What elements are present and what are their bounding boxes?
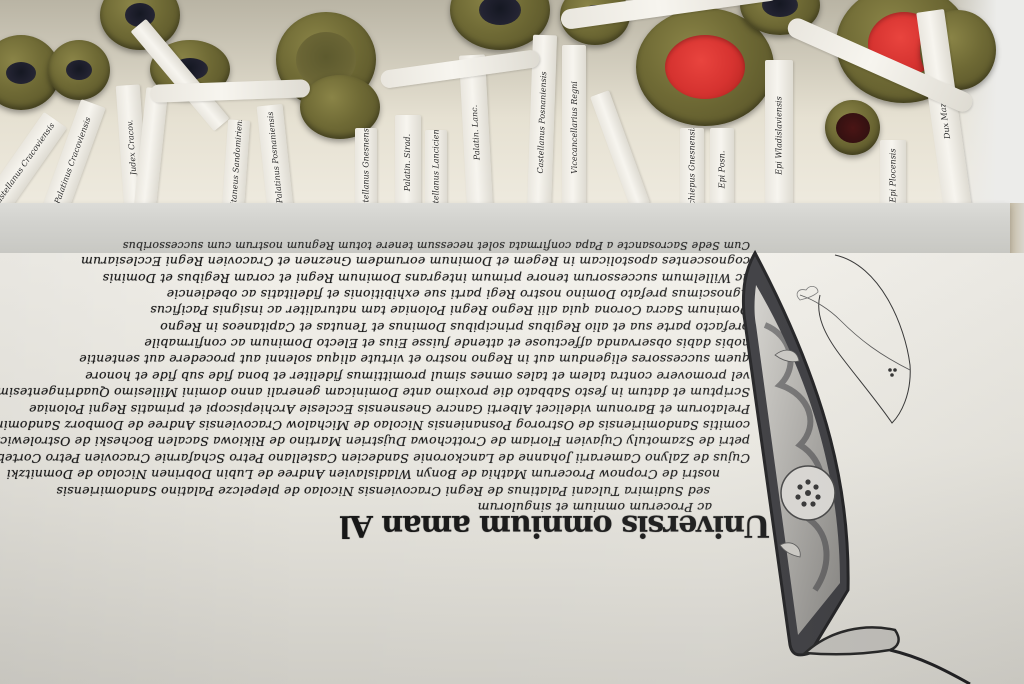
ribbon-label: Palatinus Posnaniensis <box>257 104 294 211</box>
ribbon-label: Castellanus Lanciciens. <box>425 130 447 210</box>
text-line: Prelatorum et Baronum videlicet Alberti … <box>0 400 750 416</box>
ribbon-label: Archiepus Gnesnensis <box>680 128 704 210</box>
text-line: prefacto parte sua et alio Regibus princ… <box>0 318 750 334</box>
seal-row: Castellanus Cracoviensis Palatinus Craco… <box>0 0 1024 215</box>
wax-seal-icon <box>825 100 880 155</box>
ribbon-label: Capitaneus Sandomiriensis <box>222 119 250 210</box>
ribbon-label: Epi Posn. <box>710 128 734 210</box>
archive-photograph: Castellanus Cracoviensis Palatinus Craco… <box>0 0 1024 684</box>
wax-seal-icon <box>48 40 110 100</box>
ribbon-label: Palatin. Lanc. <box>459 54 493 210</box>
text-line: nostri de Cropnow Procerum Mathia de Bon… <box>0 466 750 482</box>
text-line: vel promovere contra talem et tales omne… <box>0 367 750 383</box>
ribbon-label: Vicecancellarius Regni <box>562 45 586 210</box>
text-line: Agnoscimus prefato Domino nostro Regi pa… <box>0 286 750 302</box>
ribbon-label: Epi Plocensis <box>880 140 906 210</box>
text-line: nobis dabis observanda affectuose et att… <box>0 335 750 351</box>
ribbon-label <box>590 90 650 210</box>
ribbon-label: Palatin. Sirad. <box>395 115 421 210</box>
text-line: Dominum Sacra Corona quia alii Regno Reg… <box>0 302 750 318</box>
text-line: petri de Szamotuly Cujavien Floriam de C… <box>0 433 750 449</box>
text-line: quem successores eligendum aut in Regno … <box>0 351 750 367</box>
text-line: ac Willelmum successorum tenore primum i… <box>0 269 750 285</box>
text-line: Cujus de Zalyno Camerarii Johanne de Lan… <box>0 449 750 465</box>
text-line: comitis Sandomiriensis de Ostrorog Posna… <box>0 417 750 433</box>
ribbon-label: Epi Wladislaviensis <box>765 60 793 210</box>
text-line: Cum Sede Sacrosancte a Papa confirmata s… <box>0 236 750 252</box>
text-line: cognoscentes apostolicam in Regem et Dom… <box>0 253 750 269</box>
ornamented-initial-letter-icon <box>720 245 1024 684</box>
ribbon-label: Castellanus Gnesnensis <box>355 128 377 210</box>
text-line: Scriptum et datum in festo Sabbato die p… <box>0 384 750 400</box>
charter-text-block: ac Procerum omnium et singulorum sed Sud… <box>0 255 750 515</box>
text-line: sed Sudimira Tulcani Palatinus de Regni … <box>0 482 750 498</box>
